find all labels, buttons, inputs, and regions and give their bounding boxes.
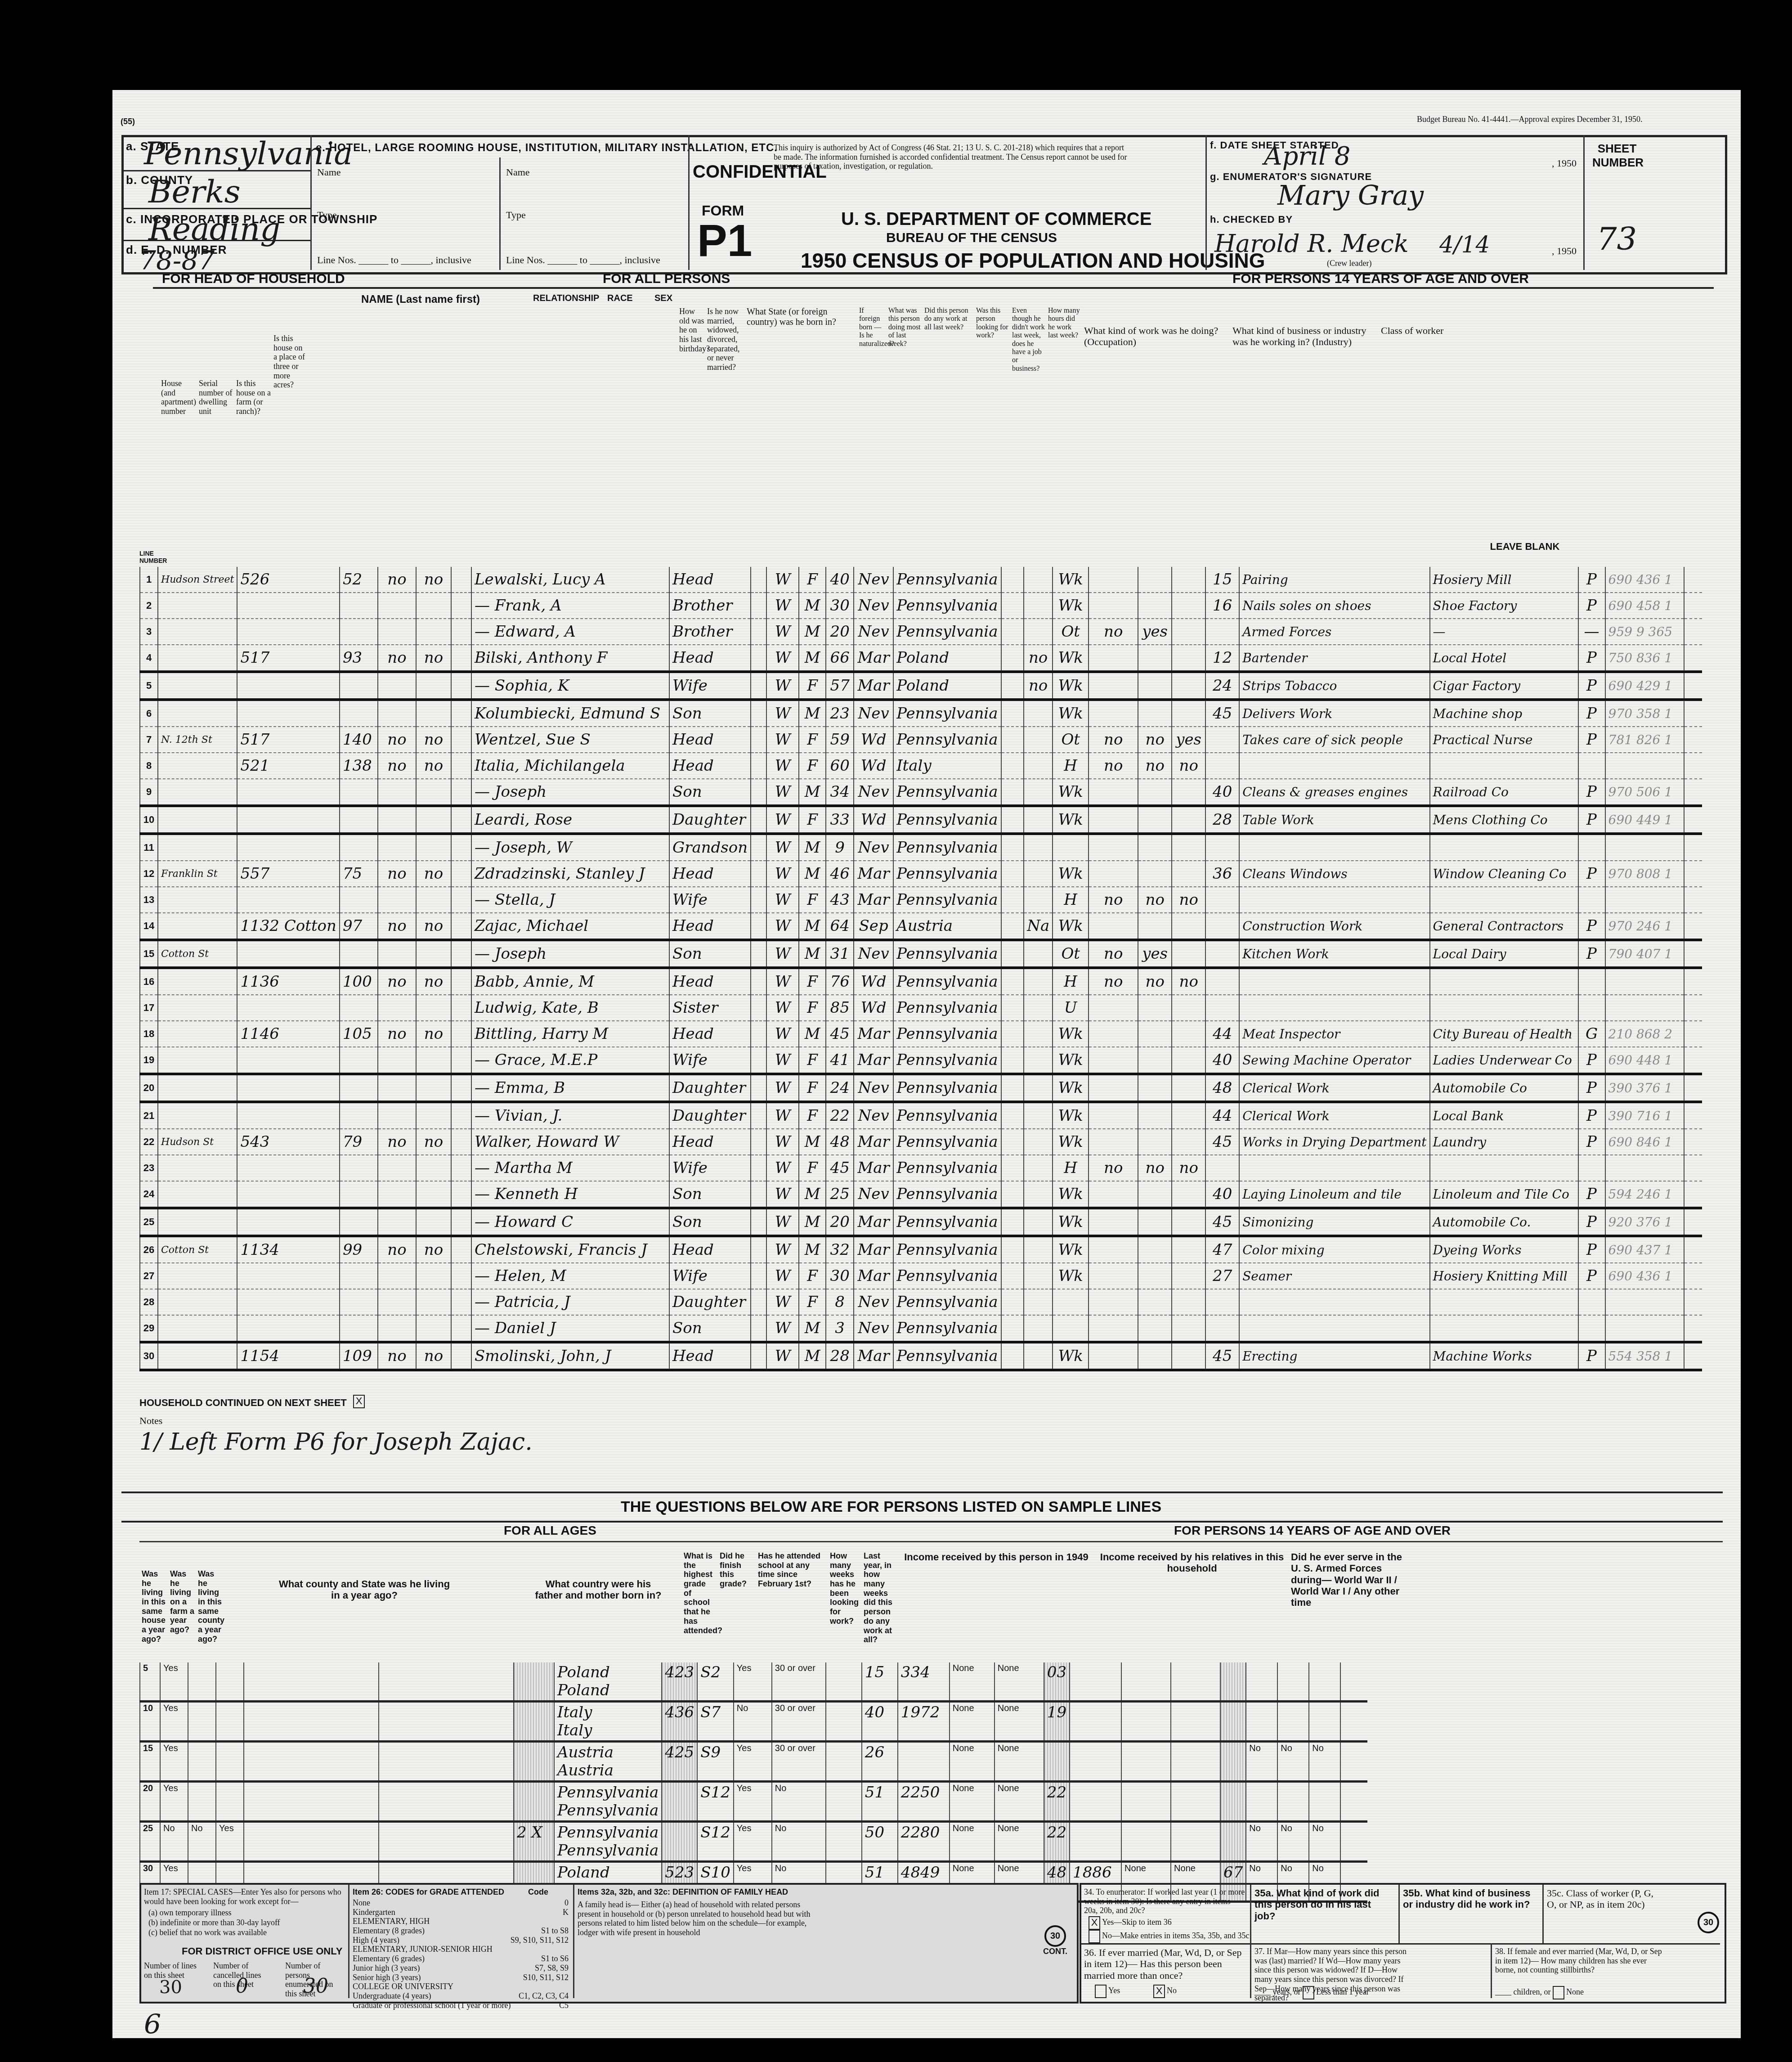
cell-marital: Mar (854, 1236, 893, 1263)
q32a-rel-wages[interactable] (1070, 1662, 1121, 1702)
cell-leave-blank (1684, 1155, 1702, 1181)
cell-serial: 93 (340, 645, 378, 672)
q21-answer[interactable]: Yes (160, 1702, 188, 1742)
cell-acres: no (416, 1236, 451, 1263)
q32b-rel-business[interactable] (1121, 1782, 1171, 1822)
q36-yes-option[interactable]: Yes (1095, 1985, 1120, 1998)
cell-race: W (766, 1342, 799, 1370)
q23-answer[interactable] (216, 1742, 244, 1782)
cell-acres: no (416, 968, 451, 995)
cell-age: 45 (826, 1021, 854, 1047)
cell-serial: 99 (340, 1236, 378, 1263)
q31b-own-business[interactable]: None (950, 1662, 995, 1702)
q31c-other-income[interactable]: None (995, 1822, 1044, 1862)
cell-serial (340, 995, 378, 1021)
q32a-rel-wages[interactable] (1070, 1782, 1121, 1822)
cell-activity: Wk (1053, 1208, 1089, 1236)
cell-street (158, 645, 237, 672)
q22-answer[interactable] (188, 1702, 216, 1742)
cell-serial (340, 1047, 378, 1074)
q32a-rel-wages[interactable] (1070, 1742, 1121, 1782)
q22-answer[interactable]: No (188, 1822, 216, 1862)
q22-answer[interactable] (188, 1782, 216, 1822)
cell-nat (1024, 940, 1053, 968)
cell-job (1172, 1021, 1205, 1047)
sample-row: 15YesAustriaAustria425S9Yes30 or over26N… (140, 1742, 1367, 1782)
cell-leave-blank (1684, 1342, 1702, 1370)
confidential-text: This inquiry is authorized by Act of Con… (774, 143, 1133, 171)
col-19-header: How many hours did he work last week? (1048, 307, 1082, 340)
parents-birthplace[interactable]: ItalyItaly (554, 1702, 662, 1742)
q32b-rel-business[interactable] (1121, 1662, 1171, 1702)
q33c-other-service[interactable]: No (1309, 1822, 1340, 1862)
leave-blank-h (1340, 1662, 1367, 1702)
cell-house (237, 1074, 340, 1102)
parents-birthplace[interactable]: PolandPoland (554, 1662, 662, 1702)
q33a-ww2[interactable]: No (1246, 1822, 1277, 1862)
cell-activity: H (1053, 1155, 1089, 1181)
cell-leave-blank (451, 806, 471, 834)
q34-no-checkbox[interactable] (1089, 1930, 1100, 1943)
q29-weeks-looking[interactable] (826, 1782, 862, 1822)
q30-weeks-worked[interactable]: 51 (862, 1782, 898, 1822)
cell-nat (1024, 593, 1053, 619)
cell-sex: F (799, 1074, 826, 1102)
cell-leave-blank (451, 1263, 471, 1289)
col-17-header: Was this person looking for work? (976, 307, 1010, 340)
cell-leave-blank (1001, 1263, 1024, 1289)
cell-hours (1205, 913, 1239, 940)
col-14-header: If foreign born — Is he naturalized? (859, 307, 886, 348)
census-row: 24— Kenneth HSonWM25NevPennsylvaniaWk40L… (140, 1181, 1702, 1208)
cell-rel: Wife (669, 1263, 751, 1289)
cell-age: 20 (826, 619, 854, 645)
q31b-own-business[interactable]: None (950, 1822, 995, 1862)
cell-leave-blank (451, 834, 471, 861)
cell-name: Bittling, Harry M (471, 1021, 669, 1047)
q33a-ww2[interactable]: No (1246, 1742, 1277, 1782)
q28-label: Has he attended school at any time since… (758, 1551, 825, 1589)
cell-leave-blank (751, 1155, 766, 1181)
q38-children-blank[interactable]: ____ children, or (1495, 1987, 1550, 1996)
cell-age: 22 (826, 1102, 854, 1129)
q30-weeks-worked[interactable]: 15 (862, 1662, 898, 1702)
cell-house: 543 (237, 1129, 340, 1155)
q22-answer[interactable] (188, 1662, 216, 1702)
parents-birthplace[interactable]: AustriaAustria (554, 1742, 662, 1782)
household-continued-checkbox[interactable]: X (353, 1395, 365, 1408)
cell-leave-blank (751, 806, 766, 834)
cell-occupation: Delivers Work (1239, 700, 1429, 727)
q32b-rel-business[interactable] (1121, 1742, 1171, 1782)
cell-age: 59 (826, 727, 854, 753)
special-case-a: (a) own temporary illness (148, 1908, 231, 1918)
cell-nat (1024, 779, 1053, 806)
census-row: 20— Emma, BDaughterWF24NevPennsylvaniaWk… (140, 1074, 1702, 1102)
cell-serial (340, 593, 378, 619)
cell-race: W (766, 645, 799, 672)
cell-hours (1205, 940, 1239, 968)
cell-age: 8 (826, 1289, 854, 1315)
census-row: 28— Patricia, JDaughterWF8NevPennsylvani… (140, 1289, 1702, 1315)
q28-attended[interactable]: 30 or over (772, 1742, 826, 1782)
q27-finished[interactable]: Yes (734, 1822, 772, 1862)
cell-hours: 45 (1205, 700, 1239, 727)
cell-looking: no (1138, 727, 1172, 753)
cell-street (158, 1289, 237, 1315)
cell-sex: F (799, 753, 826, 779)
cell-line: 15 (140, 940, 158, 968)
q33b-ww1[interactable]: No (1277, 1822, 1309, 1862)
enumerator-signature: Mary Gray (1277, 180, 1424, 211)
q21-answer[interactable]: Yes (160, 1742, 188, 1782)
col-18-header: Even though he didn't work last week, do… (1012, 307, 1046, 373)
cell-leave-blank (1001, 940, 1024, 968)
cell-job (1172, 806, 1205, 834)
cell-house: 1134 (237, 1236, 340, 1263)
cell-looking (1138, 834, 1172, 861)
cell-name: — Vivian, J. (471, 1102, 669, 1129)
q27-finished-value: Yes (737, 1743, 752, 1753)
q36-yes-checkbox[interactable] (1095, 1985, 1107, 1998)
census-row: 7N. 12th St517140nonoWentzel, Sue SHeadW… (140, 727, 1702, 753)
cell-house (237, 1047, 340, 1074)
institution-lines-label-2: Line Nos. ______ to ______, inclusive (506, 254, 660, 265)
q31c-other-income[interactable]: None (995, 1702, 1044, 1742)
cell-occupation: Simonizing (1239, 1208, 1429, 1236)
cell-industry: Practical Nurse (1430, 727, 1578, 753)
grade-code-value: S7, S8, S9 (535, 1963, 569, 1973)
q28-attended[interactable]: No (772, 1782, 826, 1822)
q32c-rel-other-value: None (1174, 1864, 1196, 1873)
q32b-rel-business-value: None (1124, 1864, 1146, 1873)
q32b-rel-business[interactable] (1121, 1702, 1171, 1742)
cell-house: 1154 (237, 1342, 340, 1370)
census-row: 23— Martha MWifeWF45MarPennsylvaniaHnono… (140, 1155, 1702, 1181)
cell-looking: no (1138, 968, 1172, 995)
q37-less-checkbox[interactable] (1303, 1986, 1314, 1999)
cell-looking: yes (1138, 940, 1172, 968)
cell-code: 750 836 1 (1605, 645, 1684, 672)
q33c-other-service[interactable] (1309, 1782, 1340, 1822)
q32c-rel-other[interactable] (1171, 1782, 1220, 1822)
q32c-rel-other[interactable] (1171, 1702, 1220, 1742)
col-4-header: Is this house on a farm (or ranch)? (236, 379, 272, 416)
q38-none-checkbox[interactable] (1553, 1986, 1564, 1999)
q27-finished[interactable]: Yes (734, 1782, 772, 1822)
cell-house (237, 940, 340, 968)
q30-weeks-worked[interactable]: 40 (862, 1702, 898, 1742)
q33c-other-service[interactable] (1309, 1702, 1340, 1742)
cell-race: W (766, 834, 799, 861)
cell-leave-blank (1001, 1208, 1024, 1236)
cell-nat (1024, 700, 1053, 727)
q29-weeks-looking[interactable] (826, 1822, 862, 1862)
grade-code-label: COLLEGE OR UNIVERSITY (353, 1982, 453, 1991)
cell-leave-blank (451, 1236, 471, 1263)
q33b-ww1[interactable]: No (1277, 1742, 1309, 1782)
cell-looking (1138, 700, 1172, 727)
q32a-rel-wages[interactable] (1070, 1822, 1121, 1862)
q32c-rel-other[interactable] (1171, 1662, 1220, 1702)
q29-weeks-looking[interactable] (826, 1662, 862, 1702)
cell-job (1172, 593, 1205, 619)
q33c-other-service[interactable] (1309, 1662, 1340, 1702)
cell-house: 557 (237, 861, 340, 887)
q31a-wages[interactable]: 2280 (898, 1822, 950, 1862)
cell-work (1089, 700, 1138, 727)
q28-attended-value: No (775, 1824, 787, 1833)
census-row: 141132 Cotton97nonoZajac, MichaelHeadWM6… (140, 913, 1702, 940)
cell-name: — Emma, B (471, 1074, 669, 1102)
cell-leave-blank (1001, 1181, 1024, 1208)
leave-blank-f: 22 (1044, 1822, 1070, 1862)
q31a-wages[interactable]: 334 (898, 1662, 950, 1702)
cell-house (237, 1102, 340, 1129)
cell-house (237, 1289, 340, 1315)
q33c-other-service-value: No (1312, 1824, 1324, 1833)
q33b-ww1-value: No (1281, 1824, 1292, 1833)
cell-rel: Grandson (669, 834, 751, 861)
cell-name: — Sophia, K (471, 672, 669, 700)
q34-text: 34. To enumerator: If worked last year (… (1084, 1887, 1246, 1915)
q33a-ww2[interactable] (1246, 1662, 1277, 1702)
q36-no-checkbox[interactable]: X (1153, 1985, 1165, 1998)
cell-age: 32 (826, 1236, 854, 1263)
q21-answer[interactable]: Yes (160, 1662, 188, 1702)
col-9-header: RACE (607, 293, 652, 304)
cell-street (158, 1208, 237, 1236)
cell-line: 8 (140, 753, 158, 779)
q31b-own-business[interactable]: None (950, 1782, 995, 1822)
cell-nat (1024, 1102, 1053, 1129)
cell-leave-blank (451, 1289, 471, 1315)
q22-answer[interactable] (188, 1742, 216, 1782)
cell-serial: 138 (340, 753, 378, 779)
cell-sex: M (799, 834, 826, 861)
cell-farm (378, 834, 416, 861)
cell-job (1172, 1102, 1205, 1129)
q29-weeks-looking[interactable] (826, 1742, 862, 1782)
cell-birthplace: Pennsylvania (893, 779, 1001, 806)
cell-house (237, 672, 340, 700)
cell-leave-blank (751, 968, 766, 995)
leave-blank-d: 2 X (514, 1822, 554, 1862)
q30-weeks-worked[interactable]: 26 (862, 1742, 898, 1782)
cell-industry: Hosiery Knitting Mill (1430, 1263, 1578, 1289)
q30-weeks-worked[interactable]: 50 (862, 1822, 898, 1862)
q21-answer[interactable]: Yes (160, 1782, 188, 1822)
cell-acres (416, 995, 451, 1021)
q31c-other-income[interactable]: None (995, 1782, 1044, 1822)
q34-no-option[interactable]: No—Make entries in items 35a, 35b, and 3… (1089, 1930, 1249, 1943)
parents-birthplace-value: Poland (557, 1864, 610, 1882)
q34-yes-checkbox[interactable]: X (1089, 1916, 1100, 1930)
cell-name: Bilski, Anthony F (471, 645, 669, 672)
q36-no-option[interactable]: XNo (1153, 1985, 1177, 1998)
q23-answer[interactable]: Yes (216, 1822, 244, 1862)
cell-code: 690 449 1 (1605, 806, 1684, 834)
q26-grade[interactable]: S12 (697, 1782, 734, 1822)
q29-label: How many weeks has he been looking for w… (830, 1551, 861, 1626)
cell-occupation (1239, 887, 1429, 913)
cell-industry: Shoe Factory (1430, 593, 1578, 619)
q28-attended[interactable]: 30 or over (772, 1702, 826, 1742)
q30-weeks-worked-value: 51 (865, 1864, 884, 1882)
q33b-ww1[interactable] (1277, 1702, 1309, 1742)
cell-marital: Nev (854, 1102, 893, 1129)
cell-leave-blank (1684, 619, 1702, 645)
cell-farm (378, 593, 416, 619)
cell-serial: 100 (340, 968, 378, 995)
q33-label: Did he ever serve in the U. S. Armed For… (1291, 1551, 1403, 1608)
q32a-rel-wages[interactable] (1070, 1702, 1121, 1742)
cell-hours (1205, 995, 1239, 1021)
cell-farm (378, 995, 416, 1021)
cell-work (1089, 834, 1138, 861)
q24a-county (244, 1662, 379, 1702)
cell-hours: 27 (1205, 1263, 1239, 1289)
grade-code-label: Undergraduate (4 years) (353, 1991, 431, 2001)
cell-leave-blank (751, 645, 766, 672)
q33a-ww2[interactable] (1246, 1702, 1277, 1742)
q33c-other-service[interactable]: No (1309, 1742, 1340, 1782)
parents-birthplace[interactable]: PennsylvaniaPennsylvania (554, 1782, 662, 1822)
q31c-other-income[interactable]: None (995, 1662, 1044, 1702)
q23-answer[interactable] (216, 1662, 244, 1702)
leave-blank-g (1220, 1662, 1246, 1702)
cell-work (1089, 672, 1138, 700)
q21-answer[interactable]: No (160, 1822, 188, 1862)
cell-line: 11 (140, 834, 158, 861)
cell-sex: F (799, 672, 826, 700)
bureau: BUREAU OF THE CENSUS (886, 230, 1057, 246)
cell-hours (1205, 727, 1239, 753)
q32c-rel-other[interactable] (1171, 1742, 1220, 1782)
cell-serial (340, 834, 378, 861)
cell-street (158, 700, 237, 727)
cell-hours (1205, 968, 1239, 995)
cell-leave-blank (751, 940, 766, 968)
cell-line: 14 (140, 913, 158, 940)
col-20c-header: Class of worker (1381, 325, 1484, 336)
cell-nat (1024, 567, 1053, 593)
cell-race: W (766, 1315, 799, 1342)
q31a-wages[interactable]: 2250 (898, 1782, 950, 1822)
cell-occupation: Nails soles on shoes (1239, 593, 1429, 619)
cell-leave-blank (751, 1074, 766, 1102)
cell-birthplace: Pennsylvania (893, 887, 1001, 913)
cell-leave-blank (451, 1047, 471, 1074)
q28-attended[interactable]: 30 or over (772, 1662, 826, 1702)
cell-serial (340, 1208, 378, 1236)
q33b-ww1[interactable] (1277, 1782, 1309, 1822)
q31b-own-business-value: None (953, 1864, 974, 1873)
cell-age: 85 (826, 995, 854, 1021)
cell-house: 1132 Cotton (237, 913, 340, 940)
cell-leave-blank (451, 1208, 471, 1236)
q31a-wages[interactable]: 1972 (898, 1702, 950, 1742)
cell-leave-blank (1001, 672, 1024, 700)
q28-attended[interactable]: No (772, 1822, 826, 1862)
cell-race: W (766, 861, 799, 887)
cell-farm (378, 1181, 416, 1208)
cell-farm: no (378, 913, 416, 940)
cell-serial (340, 887, 378, 913)
parents-birthplace[interactable]: PennsylvaniaPennsylvania (554, 1822, 662, 1862)
cell-birthplace: Pennsylvania (893, 1129, 1001, 1155)
cell-job: no (1172, 753, 1205, 779)
q26-grade[interactable]: S12 (697, 1822, 734, 1862)
cell-work (1089, 1289, 1138, 1315)
cell-industry: General Contractors (1430, 913, 1578, 940)
q26-grade[interactable]: S2 (697, 1662, 734, 1702)
cell-hours: 12 (1205, 645, 1239, 672)
q29-weeks-looking[interactable] (826, 1702, 862, 1742)
cell-hours: 36 (1205, 861, 1239, 887)
cell-leave-blank (1684, 727, 1702, 753)
cell-work (1089, 1074, 1138, 1102)
cell-activity: Wk (1053, 913, 1089, 940)
cell-rel: Brother (669, 619, 751, 645)
q31b-own-business[interactable]: None (950, 1742, 995, 1782)
cell-class: P (1578, 645, 1605, 672)
q31c-other-income[interactable]: None (995, 1742, 1044, 1782)
cell-code (1605, 834, 1684, 861)
cell-name: Leardi, Rose (471, 806, 669, 834)
q31b-own-business[interactable]: None (950, 1702, 995, 1742)
q33b-ww1[interactable] (1277, 1662, 1309, 1702)
cell-serial: 79 (340, 1129, 378, 1155)
cell-class: P (1578, 700, 1605, 727)
cell-marital: Nev (854, 619, 893, 645)
cell-birthplace: Pennsylvania (893, 861, 1001, 887)
q37-years-blank[interactable]: ____ years, or (1254, 1987, 1300, 1996)
q26-grade[interactable]: S7 (697, 1702, 734, 1742)
cell-leave-blank (451, 753, 471, 779)
cell-work (1089, 1021, 1138, 1047)
cell-street (158, 834, 237, 861)
q27-finished[interactable]: No (734, 1702, 772, 1742)
q31a-wages-value: 4849 (901, 1864, 940, 1882)
q32c-rel-other[interactable] (1171, 1822, 1220, 1862)
leave-blank-h (1340, 1742, 1367, 1782)
q27-finished[interactable]: Yes (734, 1662, 772, 1702)
cell-hours: 15 (1205, 567, 1239, 593)
cell-hours (1205, 619, 1239, 645)
q31a-wages[interactable] (898, 1742, 950, 1782)
q33a-ww2[interactable] (1246, 1782, 1277, 1822)
cell-name: — Helen, M (471, 1263, 669, 1289)
q23-answer[interactable] (216, 1702, 244, 1742)
q23-answer[interactable] (216, 1782, 244, 1822)
cell-hours (1205, 1315, 1239, 1342)
cell-activity: Wk (1053, 779, 1089, 806)
cell-line: 26 (140, 1236, 158, 1263)
q21-label: Was he living in this same house a year … (142, 1569, 166, 1644)
q26-grade[interactable]: S9 (697, 1742, 734, 1782)
cell-farm (378, 1047, 416, 1074)
q38-text: 38. If female and ever married (Mar, Wd,… (1495, 1947, 1666, 1975)
q32b-rel-business[interactable] (1121, 1822, 1171, 1862)
q27-finished[interactable]: Yes (734, 1742, 772, 1782)
cell-rel: Daughter (669, 1289, 751, 1315)
q37-less-label: Less than 1 year (1316, 1987, 1369, 1996)
cell-leave-blank (1684, 834, 1702, 861)
cell-house: 517 (237, 645, 340, 672)
q26-grade-value: S10 (700, 1864, 730, 1882)
q34-yes-option[interactable]: XYes—Skip to item 36 (1089, 1916, 1172, 1930)
